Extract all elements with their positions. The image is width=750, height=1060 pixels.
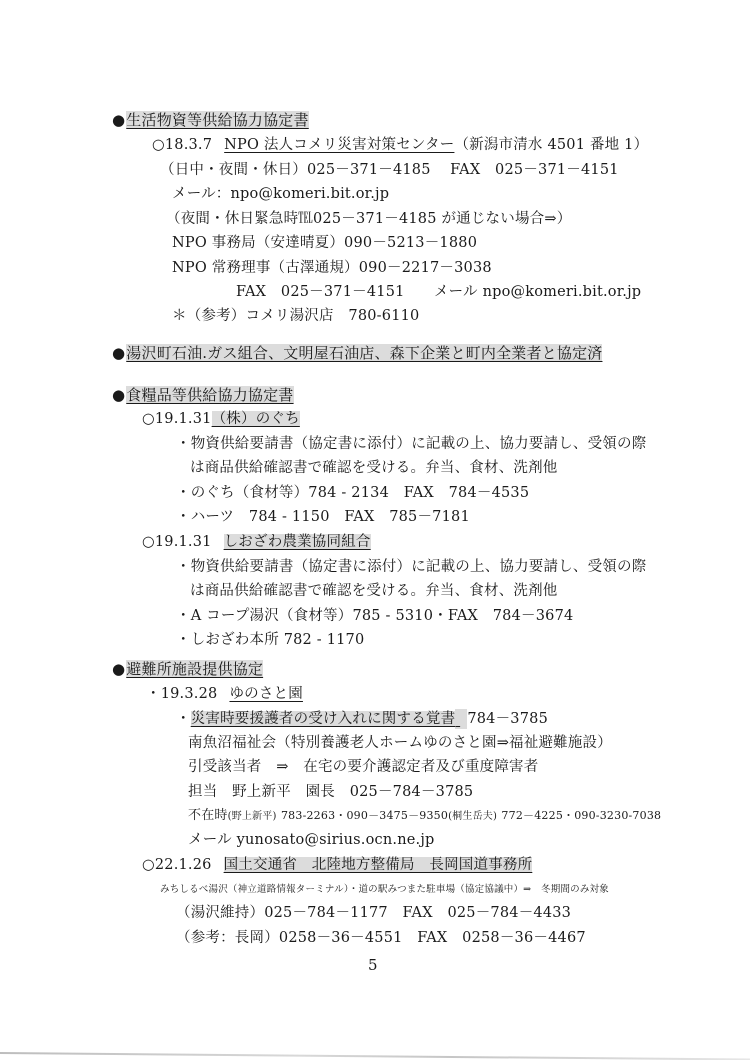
agreement-entry-ja-shiozawa: ○19.1.31しおざわ農業協同組合 [142, 532, 371, 552]
memo-line: ・災害時要援護者の受け入れに関する覚書 784－3785 [176, 709, 548, 729]
contact-line: ・A コープ湯沢（食材等）785 - 5310・FAX 784－3674 [176, 606, 573, 626]
detail-line: 南魚沼福祉会（特別養護老人ホームゆのさと園⇒福祉避難施設） [188, 733, 612, 753]
bullet-icon: ● [112, 111, 125, 129]
org-name: （株）のぐち [212, 411, 300, 427]
contact-line: ・しおざわ本所 782 - 1170 [176, 630, 364, 650]
absent-contact-line: 不在時(野上新平) 783-2263・090－3475－9350(桐生岳夫) 7… [188, 806, 661, 827]
memo-title: 災害時要援護者の受け入れに関する覚書 [191, 711, 456, 727]
contact-line: NPO 事務局（安達晴夏）090－5213－1880 [172, 233, 477, 253]
detail-line: ・物資供給要請書（協定書に添付）に記載の上、協力要請し、受領の際 [176, 557, 646, 577]
bullet-icon: ● [112, 660, 125, 678]
email-line: メール yunosato@sirius.ocn.ne.jp [188, 830, 435, 850]
section-heading-supplies: ●生活物資等供給協力協定書 [112, 110, 309, 130]
agreement-entry-yunosato: ・19.3.28ゆのさと園 [146, 684, 303, 704]
reference-line: ＊（参考）コメリ湯沢店 780-6110 [172, 306, 419, 326]
contact-line: ・ハーツ 784 - 1150 FAX 785－7181 [176, 507, 470, 527]
emergency-note: （夜間・休日緊急時℡025－371－4185 が通じない場合⇒） [166, 209, 571, 229]
detail-line: ・物資供給要請書（協定書に添付）に記載の上、協力要請し、受領の際 [176, 434, 646, 454]
document-page: ●生活物資等供給協力協定書 ○18.3.7NPO 法人コメリ災害対策センター（新… [0, 0, 750, 1060]
fax-email-line: FAX 025－371－4151 メール npo@komeri.bit.or.j… [236, 282, 641, 302]
contact-line: NPO 常務理事（古澤通規）090－2217－3038 [172, 258, 492, 278]
contact-line: （湯沢維持）025－784－1177 FAX 025－784－4433 [176, 903, 571, 923]
org-name: しおざわ農業協同組合 [224, 534, 371, 550]
section-heading-food: ●食糧品等供給協力協定書 [112, 385, 294, 405]
section-heading-shelter: ●避難所施設提供協定 [112, 659, 263, 679]
section-heading-fuel: ●湯沢町石油.ガス組合、文明屋石油店、森下企業と町内全業者と協定済 [112, 343, 602, 363]
org-address: （新潟市清水 4501 番地 1） [454, 137, 648, 153]
contact-line: （日中・夜間・休日）025－371－4185 FAX 025－371－4151 [160, 160, 619, 180]
org-name: 国土交通省 北陸地方整備局 長岡国道事務所 [224, 857, 533, 873]
bullet-icon: ● [112, 344, 125, 362]
email-line: メール：npo@komeri.bit.or.jp [172, 184, 389, 204]
contact-line: （参考：長岡）0258－36－4551 FAX 0258－36－4467 [176, 928, 586, 948]
agreement-entry-noguchi: ○19.1.31（株）のぐち [142, 409, 300, 429]
org-name: NPO 法人コメリ災害対策センター [224, 137, 454, 153]
detail-line: は商品供給確認書で確認を受ける。弁当、食材、洗剤他 [190, 458, 558, 478]
agreement-entry-mlit: ○22.1.26国土交通省 北陸地方整備局 長岡国道事務所 [142, 855, 532, 875]
page-number: 5 [368, 956, 378, 974]
bullet-icon: ● [112, 386, 125, 404]
detail-line: 引受該当者 ⇒ 在宅の要介護認定者及び重度障害者 [188, 757, 538, 777]
memo-phone: 784－3785 [467, 711, 548, 727]
contact-line: 担当 野上新平 園長 025－784－3785 [188, 782, 473, 802]
contact-line: ・のぐち（食材等）784 - 2134 FAX 784－4535 [176, 483, 529, 503]
org-name: ゆのさと園 [229, 686, 303, 702]
agreement-entry-komeri: ○18.3.7NPO 法人コメリ災害対策センター（新潟市清水 4501 番地 1… [152, 135, 648, 155]
scan-edge-divider [0, 1052, 750, 1060]
detail-line: は商品供給確認書で確認を受ける。弁当、食材、洗剤他 [190, 581, 558, 601]
facility-note: みちしるべ湯沢（神立道路情報ターミナル）・道の駅みつまた駐車場（協定協議中）⇒ … [160, 880, 609, 900]
